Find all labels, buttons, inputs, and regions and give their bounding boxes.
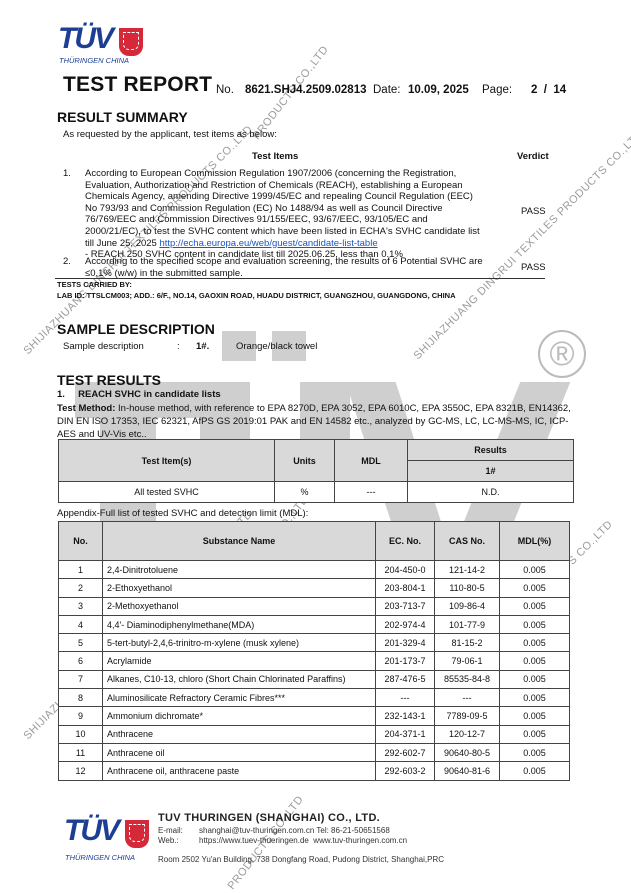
- appendix-caption: Appendix-Full list of tested SVHC and de…: [57, 508, 308, 520]
- substance-name: Anthracene oil, anthracene paste: [103, 762, 376, 780]
- substance-name: 2-Ethoxyethanol: [103, 579, 376, 597]
- row-no: 9: [59, 707, 103, 725]
- mdl-value: 0.005: [500, 689, 570, 707]
- footer-web-label: Web.:: [158, 836, 179, 845]
- cas-no: 90640-81-6: [435, 762, 500, 780]
- item-1-text: According to European Commission Regulat…: [85, 168, 505, 261]
- footer-tuv-logo: TÜV THÜRINGEN CHINA: [64, 818, 154, 868]
- item-1-line: till June 25, 2025: [85, 238, 159, 249]
- item-1-no: 1.: [63, 168, 71, 180]
- row-no: 1: [59, 561, 103, 579]
- table-row: 44,4'- Diaminodiphenylmethane(MDA)202-97…: [59, 615, 570, 633]
- page-number: 2 / 14: [531, 84, 566, 96]
- report-no: 8621.SHJ4.2509.02813: [245, 84, 367, 96]
- cas-no: 81-15-2: [435, 634, 500, 652]
- col-ec-no: EC. No.: [376, 522, 435, 561]
- sample-description-heading: SAMPLE DESCRIPTION: [57, 321, 215, 337]
- cas-no: 90640-80-5: [435, 743, 500, 761]
- ec-no: 292-602-7: [376, 743, 435, 761]
- ec-no: 202-974-4: [376, 615, 435, 633]
- row-no: 5: [59, 634, 103, 652]
- ec-no: 204-371-1: [376, 725, 435, 743]
- footer-email[interactable]: shanghai@tuv-thuringen.com.cn Tel: 86-21…: [199, 826, 390, 835]
- table-row: 55-tert-butyl-2,4,6-trinitro-m-xylene (m…: [59, 634, 570, 652]
- row-no: 4: [59, 615, 103, 633]
- summary-divider: [55, 278, 545, 279]
- ec-no: 232-143-1: [376, 707, 435, 725]
- item-2-text: According to the specified scope and eva…: [85, 256, 505, 279]
- sample-colon: :: [177, 341, 180, 353]
- row-no: 8: [59, 689, 103, 707]
- row-no: 3: [59, 597, 103, 615]
- mdl-value: 0.005: [500, 743, 570, 761]
- item-2-no: 2.: [63, 256, 71, 268]
- mdl-value: 0.005: [500, 725, 570, 743]
- table-row: 11Anthracene oil292-602-790640-80-50.005: [59, 743, 570, 761]
- col-results: Results: [408, 440, 574, 461]
- cas-no: ---: [435, 689, 500, 707]
- mdl-value: 0.005: [500, 634, 570, 652]
- table-row: 32-Methoxyethanol203-713-7109-86-40.005: [59, 597, 570, 615]
- result-summary-heading: RESULT SUMMARY: [57, 109, 188, 125]
- page-label: Page:: [482, 84, 512, 96]
- row-no: 12: [59, 762, 103, 780]
- cas-no: 85535-84-8: [435, 670, 500, 688]
- table-row: 10Anthracene204-371-1120-12-70.005: [59, 725, 570, 743]
- substance-name: 5-tert-butyl-2,4,6-trinitro-m-xylene (mu…: [103, 634, 376, 652]
- substance-name: Acrylamide: [103, 652, 376, 670]
- ec-no: 204-450-0: [376, 561, 435, 579]
- cell: N.D.: [408, 482, 574, 503]
- cas-no: 110-80-5: [435, 579, 500, 597]
- item-1-line: According to European Commission Regulat…: [85, 168, 505, 180]
- col-verdict: Verdict: [517, 151, 549, 163]
- ec-no: ---: [376, 689, 435, 707]
- ec-no: 203-804-1: [376, 579, 435, 597]
- report-no-label: No.: [216, 84, 234, 96]
- row-no: 11: [59, 743, 103, 761]
- row-no: 7: [59, 670, 103, 688]
- cas-no: 120-12-7: [435, 725, 500, 743]
- mdl-value: 0.005: [500, 579, 570, 597]
- substance-name: Alkanes, C10-13, chloro (Short Chain Chl…: [103, 670, 376, 688]
- mdl-value: 0.005: [500, 597, 570, 615]
- table-row: 12,4-Dinitrotoluene204-450-0121-14-20.00…: [59, 561, 570, 579]
- ec-no: 201-329-4: [376, 634, 435, 652]
- item-1-verdict: PASS: [521, 206, 546, 218]
- footer-company: TUV THURINGEN (SHANGHAI) CO., LTD.: [158, 812, 380, 824]
- col-cas-no: CAS No.: [435, 522, 500, 561]
- col-no: No.: [59, 522, 103, 561]
- substance-name: 4,4'- Diaminodiphenylmethane(MDA): [103, 615, 376, 633]
- substance-name: Anthracene oil: [103, 743, 376, 761]
- item-2-line: According to the specified scope and eva…: [85, 256, 505, 268]
- cas-no: 101-77-9: [435, 615, 500, 633]
- mdl-value: 0.005: [500, 615, 570, 633]
- mdl-value: 0.005: [500, 561, 570, 579]
- cell: All tested SVHC: [59, 482, 275, 503]
- cas-no: 7789-09-5: [435, 707, 500, 725]
- item-1-line: Evaluation, Authorization and Restrictio…: [85, 180, 505, 192]
- echa-link[interactable]: http://echa.europa.eu/web/guest/candidat…: [159, 238, 377, 249]
- footer-web[interactable]: https://www.tuev-thueringen.de www.tuv-t…: [199, 836, 407, 845]
- report-date: 10.09, 2025: [408, 84, 469, 96]
- test-method-label: Test Method:: [57, 403, 115, 414]
- table-row: 7Alkanes, C10-13, chloro (Short Chain Ch…: [59, 670, 570, 688]
- table-row: 22-Ethoxyethanol203-804-1110-80-50.005: [59, 579, 570, 597]
- test-results-heading: TEST RESULTS: [57, 372, 161, 388]
- table-row: 6Acrylamide201-173-779-06-10.005: [59, 652, 570, 670]
- substance-name: Aluminosilicate Refractory Ceramic Fibre…: [103, 689, 376, 707]
- col-units: Units: [275, 440, 335, 482]
- table-row: 9Ammonium dichromate*232-143-17789-09-50…: [59, 707, 570, 725]
- lab-address: LAB ID: TTSLCM003; ADD.: 6/F., NO.14, GA…: [57, 291, 456, 300]
- row-no: 6: [59, 652, 103, 670]
- ec-no: 203-713-7: [376, 597, 435, 615]
- substance-name: Anthracene: [103, 725, 376, 743]
- table-row: All tested SVHC % --- N.D.: [59, 482, 574, 503]
- col-sample-1: 1#: [408, 461, 574, 482]
- cas-no: 121-14-2: [435, 561, 500, 579]
- footer-address: Room 2502 Yu'an Building, 738 Dongfang R…: [158, 855, 444, 864]
- sample-id: 1#.: [196, 341, 209, 353]
- sample-label: Sample description: [63, 341, 144, 353]
- item-2-verdict: PASS: [521, 262, 546, 274]
- table-row: 12Anthracene oil, anthracene paste292-60…: [59, 762, 570, 780]
- footer-email-label: E-mail:: [158, 826, 183, 835]
- col-test-items: Test Item(s): [59, 440, 275, 482]
- cas-no: 79-06-1: [435, 652, 500, 670]
- mdl-value: 0.005: [500, 652, 570, 670]
- ec-no: 287-476-5: [376, 670, 435, 688]
- item-1-line: No 793/93 and Commission Regulation (EC)…: [85, 203, 505, 215]
- table-row: 8Aluminosilicate Refractory Ceramic Fibr…: [59, 689, 570, 707]
- cell: %: [275, 482, 335, 503]
- results-table: Test Item(s) Units MDL Results 1# All te…: [58, 439, 574, 503]
- col-mdl: MDL(%): [500, 522, 570, 561]
- cell: ---: [335, 482, 408, 503]
- test-method: Test Method: In-house method, with refer…: [57, 402, 577, 441]
- ec-no: 201-173-7: [376, 652, 435, 670]
- substance-name: Ammonium dichromate*: [103, 707, 376, 725]
- appendix-table: No. Substance Name EC. No. CAS No. MDL(%…: [58, 521, 570, 781]
- mdl-value: 0.005: [500, 707, 570, 725]
- row-no: 2: [59, 579, 103, 597]
- item-1-line: 76/769/EEC and Commission Directives 91/…: [85, 214, 505, 226]
- section-reach-svhc: 1. REACH SVHC in candidate lists: [57, 389, 221, 401]
- col-substance-name: Substance Name: [103, 522, 376, 561]
- ec-no: 292-603-2: [376, 762, 435, 780]
- mdl-value: 0.005: [500, 670, 570, 688]
- test-method-text: In-house method, with reference to EPA 8…: [57, 403, 571, 440]
- cas-no: 109-86-4: [435, 597, 500, 615]
- substance-name: 2,4-Dinitrotoluene: [103, 561, 376, 579]
- item-1-line: Chemicals Agency, amending Directive 199…: [85, 191, 505, 203]
- col-test-items: Test Items: [252, 151, 298, 163]
- tests-carried-by-label: TESTS CARRIED BY:: [57, 280, 132, 289]
- row-no: 10: [59, 725, 103, 743]
- substance-name: 2-Methoxyethanol: [103, 597, 376, 615]
- page-title: TEST REPORT: [63, 73, 212, 97]
- item-1-line: 2000/21/EC), to test the SVHC content wh…: [85, 226, 505, 238]
- col-mdl: MDL: [335, 440, 408, 482]
- tuv-logo: TÜV THÜRINGEN CHINA: [58, 28, 148, 68]
- sample-value: Orange/black towel: [236, 341, 317, 353]
- summary-intro: As requested by the applicant, test item…: [63, 129, 277, 141]
- date-label: Date:: [373, 84, 401, 96]
- mdl-value: 0.005: [500, 762, 570, 780]
